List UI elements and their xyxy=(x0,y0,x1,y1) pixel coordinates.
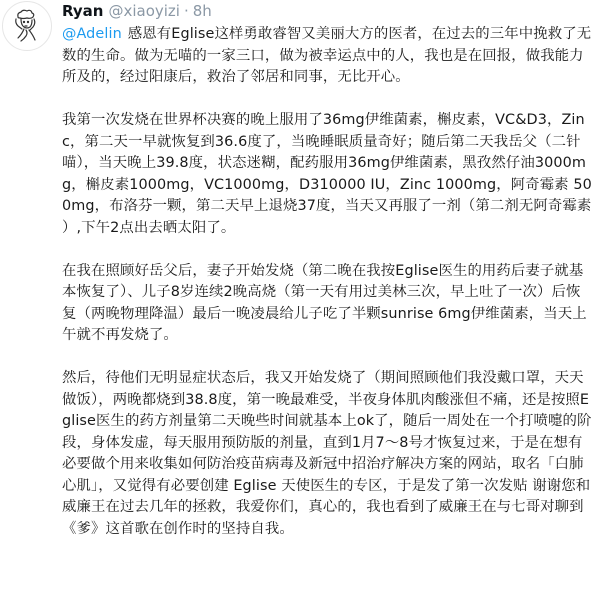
paragraph-3: 在我在照顾好岳父后，妻子开始发烧（第二晚在我按Eglise医生的用药后妻子就基本… xyxy=(62,261,592,347)
tweet-body: @Adelin感恩有Eglise这样勇敢睿智又美丽大方的医者，在过去的三年中挽救… xyxy=(62,24,592,562)
paragraph-text: 感恩有Eglise这样勇敢睿智又美丽大方的医者，在过去的三年中挽救了无数的生命。… xyxy=(62,26,591,85)
separator-dot: · xyxy=(184,2,189,20)
hand-drawn-cartoon-avatar-icon xyxy=(3,2,51,50)
paragraph-2: 我第一次发烧在世界杯决赛的晚上服用了36mg伊维菌素，槲皮素，VC&D3，Zin… xyxy=(62,110,592,239)
mention-link[interactable]: @Adelin xyxy=(62,26,122,42)
paragraph-4: 然后，待他们无明显症状态后，我又开始发烧了（期间照顾他们我没戴口罩，天天做饭），… xyxy=(62,368,592,540)
avatar[interactable] xyxy=(2,1,52,51)
author-handle[interactable]: @xiaoyizi xyxy=(108,2,180,20)
paragraph-1: @Adelin感恩有Eglise这样勇敢睿智又美丽大方的医者，在过去的三年中挽救… xyxy=(62,24,592,89)
timestamp[interactable]: 8h xyxy=(193,2,212,20)
tweet-header: Ryan @xiaoyizi · 8h xyxy=(62,2,212,22)
author-name[interactable]: Ryan xyxy=(62,2,103,20)
tweet: Ryan @xiaoyizi · 8h @Adelin感恩有Eglise这样勇敢… xyxy=(0,0,600,589)
